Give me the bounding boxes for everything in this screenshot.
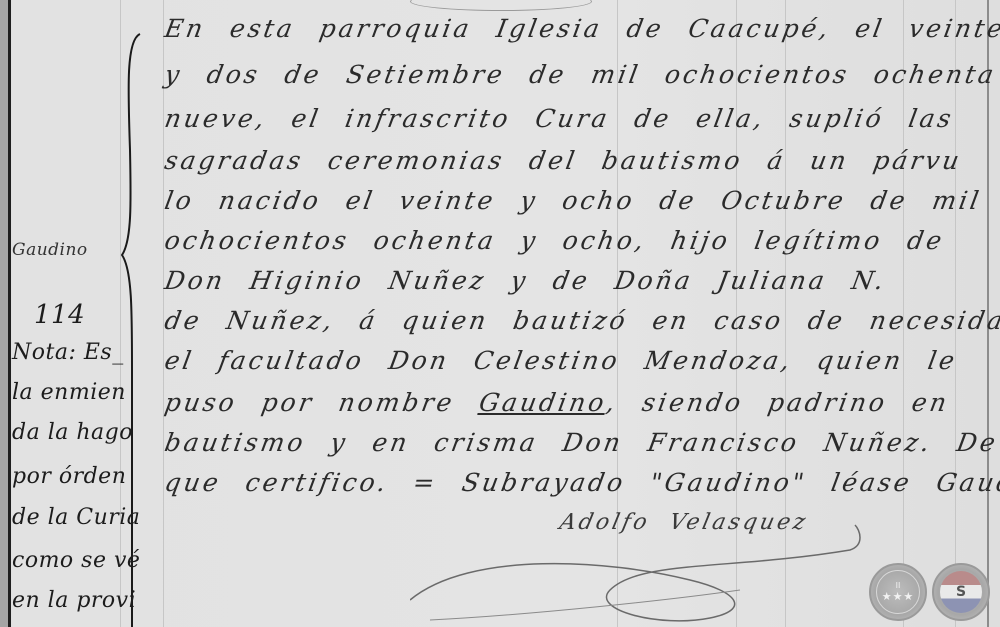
archive-seal-right: S bbox=[932, 563, 990, 621]
record-text-line: lo nacido el veinte y ocho de Octubre de… bbox=[162, 186, 983, 215]
margin-note-line: como se vé bbox=[12, 548, 140, 573]
margin-child-name: Gaudino bbox=[12, 240, 88, 260]
underlined-name: Gaudino bbox=[477, 388, 609, 417]
archive-seal-left: II ★★★ bbox=[869, 563, 927, 621]
paraguay-flag-seal-icon: S bbox=[940, 571, 982, 613]
record-text-line: En esta parroquia Iglesia de Caacupé, el… bbox=[162, 14, 1000, 43]
margin-note-line: de la Curia bbox=[12, 505, 140, 530]
record-text-line: de Nuñez, á quien bautizó en caso de nec… bbox=[162, 306, 1000, 335]
record-text-line: el facultado Don Celestino Mendoza, quie… bbox=[162, 346, 959, 375]
record-text-line: puso por nombre Gaudino, siendo padrino … bbox=[162, 388, 951, 417]
register-page: Gaudino 114 Nota: Es_ la enmien da la ha… bbox=[0, 0, 1000, 627]
record-text-segment: , siendo padrino en bbox=[604, 388, 952, 417]
margin-note-line: la enmien bbox=[12, 380, 126, 405]
margin-note-line: Nota: Es_ bbox=[12, 340, 124, 365]
record-text-line: y dos de Setiembre de mil ochocientos oc… bbox=[162, 60, 1000, 89]
margin-note-line: da la hago bbox=[12, 420, 133, 445]
page-binding-edge bbox=[0, 0, 8, 627]
margin-entry-number: 114 bbox=[34, 300, 85, 330]
record-text-segment: puso por nombre bbox=[162, 388, 457, 417]
margin-note-line: por órden bbox=[12, 464, 126, 489]
seal-stars-icon: ★★★ bbox=[882, 590, 915, 603]
ink-loop-flourish bbox=[410, 0, 592, 11]
text-rule bbox=[163, 0, 164, 627]
record-text-line: bautismo y en crisma Don Francisco Nuñez… bbox=[162, 428, 1000, 457]
bracket-brace bbox=[118, 30, 142, 627]
record-text-line: que certifico. = Subrayado "Gaudino" léa… bbox=[162, 468, 1000, 497]
seal-letter: S bbox=[956, 584, 966, 600]
margin-note-line: en la provi bbox=[12, 588, 136, 613]
record-text-line: sagradas ceremonias del bautismo á un pá… bbox=[162, 146, 964, 175]
margin-border-line bbox=[8, 0, 11, 627]
record-text-line: nueve, el infrascrito Cura de ella, supl… bbox=[162, 104, 956, 133]
seal-emblem-icon: II ★★★ bbox=[876, 570, 920, 614]
seal-roman-numeral: II bbox=[896, 581, 901, 590]
signature-flourish bbox=[410, 520, 870, 627]
record-text-line: ochocientos ochenta y ocho, hijo legítim… bbox=[162, 226, 946, 255]
record-text-line: Don Higinio Nuñez y de Doña Juliana N. bbox=[162, 266, 888, 295]
